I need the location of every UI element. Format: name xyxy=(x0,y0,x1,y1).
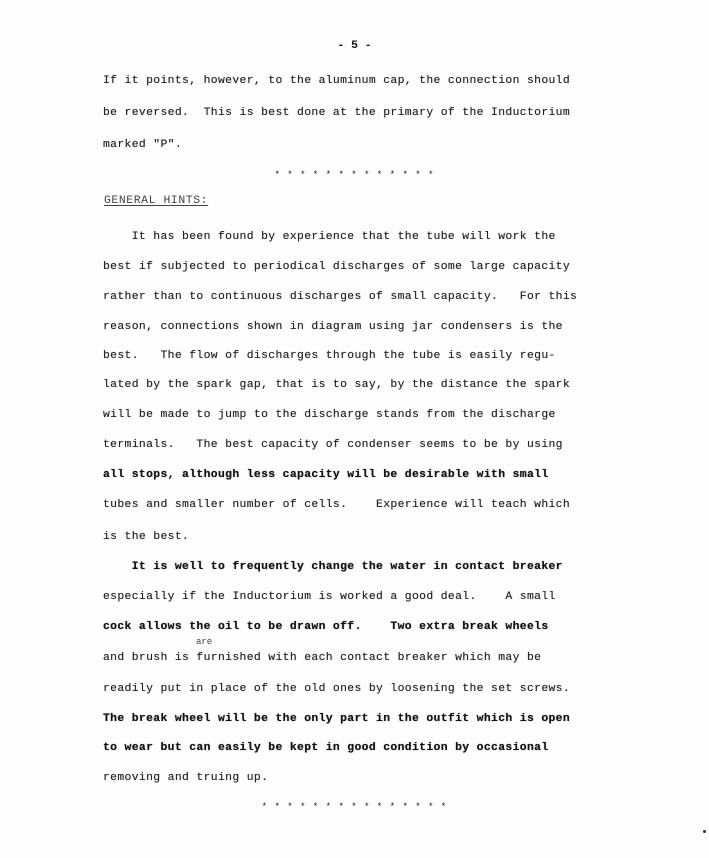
paragraph-3-line-7: to wear but can easily be kept in good c… xyxy=(103,741,549,755)
typewritten-page: - 5 - If it points, however, to the alum… xyxy=(0,0,709,858)
paragraph-1-line-1: If it points, however, to the aluminum c… xyxy=(103,74,570,88)
paragraph-3-line-1: It is well to frequently change the wate… xyxy=(103,560,563,574)
paragraph-2-line-2: best if subjected to periodical discharg… xyxy=(103,260,570,274)
section-separator-1: * * * * * * * * * * * * * xyxy=(0,170,709,180)
paragraph-2-line-1: It has been found by experience that the… xyxy=(103,230,556,244)
paragraph-2-line-3: rather than to continuous discharges of … xyxy=(103,290,577,304)
paper-speck xyxy=(703,830,706,833)
section-separator-2: * * * * * * * * * * * * * * * xyxy=(0,802,709,812)
paragraph-2-line-10: tubes and smaller number of cells. Exper… xyxy=(103,498,570,512)
paragraph-2-line-9: all stops, although less capacity will b… xyxy=(103,468,549,482)
section-heading-general-hints: GENERAL HINTS: xyxy=(104,195,208,207)
paragraph-2-line-8: terminals. The best capacity of condense… xyxy=(103,438,563,452)
paragraph-3-line-2: especially if the Inductorium is worked … xyxy=(103,590,556,604)
paragraph-3-line-6: The break wheel will be the only part in… xyxy=(103,712,570,726)
page-number: - 5 - xyxy=(0,40,709,52)
paragraph-2-line-7: will be made to jump to the discharge st… xyxy=(103,408,556,422)
paragraph-2-line-6: lated by the spark gap, that is to say, … xyxy=(103,378,570,392)
paragraph-3-line-4: and brush is furnished with each contact… xyxy=(103,651,541,665)
paragraph-2-line-4: reason, connections shown in diagram usi… xyxy=(103,320,563,334)
paragraph-2-line-11: is the best. xyxy=(103,530,189,544)
paragraph-1-line-3: marked "P". xyxy=(103,138,182,152)
paragraph-2-line-5: best. The flow of discharges through the… xyxy=(103,349,556,363)
paragraph-3-line-8: removing and truing up. xyxy=(103,771,268,785)
paragraph-3-line-3: cock allows the oil to be drawn off. Two… xyxy=(103,620,549,634)
paragraph-3-line-5: readily put in place of the old ones by … xyxy=(103,682,570,696)
interlinear-correction: are xyxy=(196,637,212,647)
paragraph-1-line-2: be reversed. This is best done at the pr… xyxy=(103,106,570,120)
